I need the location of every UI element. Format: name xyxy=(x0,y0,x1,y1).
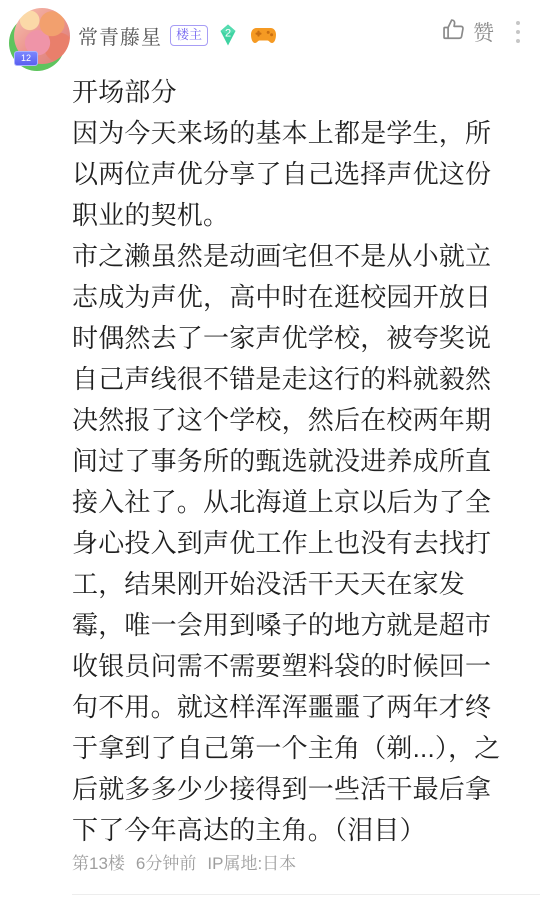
floor-number: 第13楼 xyxy=(72,849,125,874)
bottom-divider xyxy=(72,894,540,895)
ip-location: IP属地:日本 xyxy=(207,849,296,874)
more-vertical-icon[interactable] xyxy=(512,18,524,46)
username[interactable]: 常青藤星 xyxy=(78,21,162,50)
header-actions: 赞 xyxy=(440,16,524,48)
post-header: 12 常青藤星 楼主 2 xyxy=(0,0,540,72)
original-poster-badge: 楼主 xyxy=(170,25,208,46)
gamepad-icon xyxy=(250,25,277,46)
like-button[interactable]: 赞 xyxy=(440,16,494,48)
level-gem-icon: 2 xyxy=(216,23,240,47)
avatar-level-badge: 12 xyxy=(14,51,38,66)
post-time: 6分钟前 xyxy=(136,849,196,874)
post-card: 12 常青藤星 楼主 2 xyxy=(0,0,540,900)
user-info-row: 常青藤星 楼主 2 xyxy=(78,21,277,49)
user-avatar[interactable]: 12 xyxy=(12,6,72,68)
post-meta: 第13楼 6分钟前 IP属地:日本 xyxy=(72,849,296,874)
svg-text:2: 2 xyxy=(225,28,231,40)
thumbs-up-icon xyxy=(440,16,467,48)
like-label: 赞 xyxy=(473,17,494,47)
post-content: 开场部分 因为今天来场的基本上都是学生，所以两位声优分享了自己选择声优这份职业的… xyxy=(72,72,516,851)
